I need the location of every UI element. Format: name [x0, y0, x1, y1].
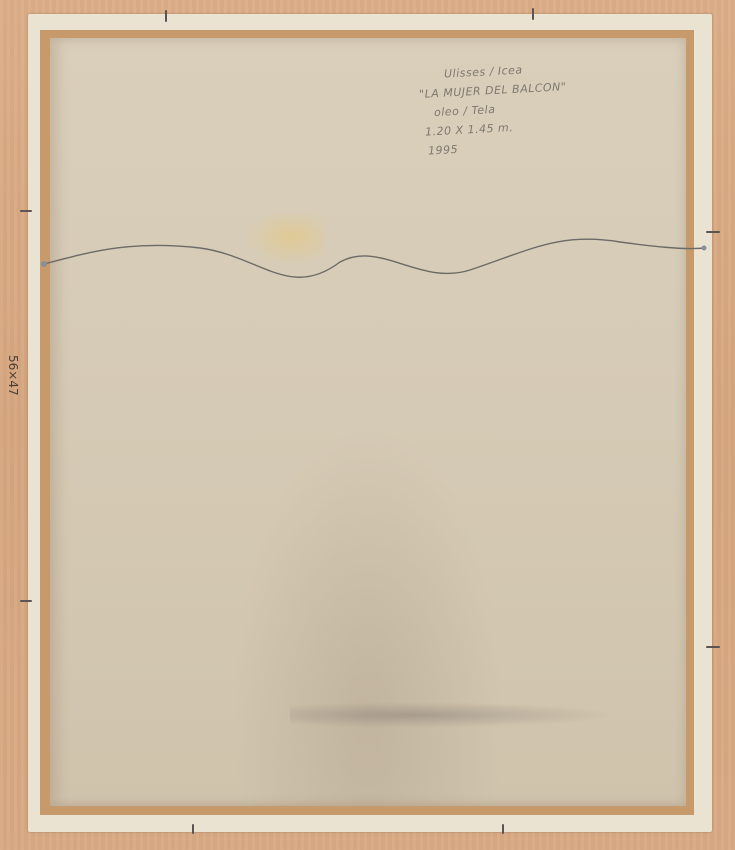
staple — [532, 8, 534, 20]
staple — [20, 600, 32, 602]
screw-eye-right-icon — [702, 246, 707, 251]
staple — [706, 646, 720, 648]
staple — [165, 10, 167, 22]
hanging-wire — [0, 0, 735, 850]
screw-eye-left-icon — [41, 261, 47, 267]
staple — [192, 824, 194, 834]
staple — [706, 231, 720, 233]
staple — [20, 210, 32, 212]
staple — [502, 824, 504, 834]
